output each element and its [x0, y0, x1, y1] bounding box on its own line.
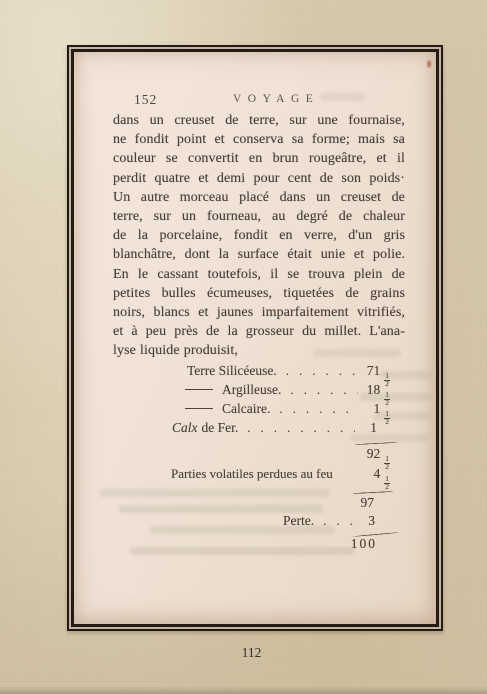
analysis-row-argillaceous: Argilleuse. ........ 18 12 — [74, 382, 390, 401]
row-value: 71 — [358, 363, 380, 379]
foxing-spot — [427, 60, 431, 68]
row-value: 4 — [358, 466, 380, 482]
subtotal-value: 92 — [367, 446, 381, 462]
body-paragraph: dans un creuset de terre, sur une fourna… — [113, 111, 405, 361]
sum-rule — [355, 442, 397, 445]
analysis-row-calx-of-iron: Calx de Fer. .......... 1 — [74, 420, 377, 439]
body-line: noirs, blancs et jaunes imparfaitement v… — [113, 303, 405, 322]
page-number: 152 — [134, 92, 157, 108]
body-line: dans un creuset de terre, sur une fourna… — [113, 111, 405, 130]
body-line: En le cassant toutefois, il se trouva pl… — [113, 265, 405, 284]
body-line: de la porcelaine, fondit en verre, d'un … — [113, 226, 405, 245]
scanned-page-frame: 152 VOYAGE dans un creuset de terre, sur… — [67, 45, 443, 631]
body-line: petites bulles écumeuses, tiquetées de g… — [113, 284, 405, 303]
dot-leader: .......... — [238, 420, 355, 436]
bottom-shadow — [0, 686, 487, 694]
analysis-row-siliceous: Terre Silicéeuse. ........ 71 12 — [74, 363, 390, 382]
body-line: ne fondit point et conserva sa forme; ma… — [113, 130, 405, 149]
volatiles-row: Parties volatiles perdues au feu 4 12 — [74, 466, 390, 485]
bleed-through-smudge — [373, 412, 431, 420]
body-line: blanchâtre, dont la surface était unie e… — [113, 245, 405, 264]
fraction-half: 12 — [384, 476, 390, 490]
bleed-through-smudge — [350, 434, 430, 442]
row-value: 3 — [353, 513, 375, 529]
bleed-through-smudge — [380, 371, 432, 379]
analysis-row-calcareous: Calcaire. ........ 1 12 — [74, 401, 390, 420]
ditto-dash — [185, 389, 213, 390]
row-label: Calcaire. — [222, 401, 270, 417]
body-line: perdit quatre et demi pour cent de son p… — [113, 169, 405, 188]
bleed-through-smudge — [360, 393, 432, 401]
subtotal2-value: 97 — [361, 495, 375, 511]
row-label: Parties volatiles perdues au feu — [171, 466, 333, 482]
bleed-through-smudge — [130, 547, 355, 555]
bleed-through-smudge — [118, 505, 323, 513]
figure-caption: 112 — [0, 645, 487, 661]
body-line: terre, sur un fourneau, au degré de chal… — [113, 207, 405, 226]
bleed-through-smudge — [313, 349, 401, 357]
ditto-dash — [185, 408, 213, 409]
row-label: Terre Silicéeuse. — [187, 363, 277, 379]
running-title: VOYAGE — [233, 93, 319, 105]
dot-leader: ........ — [281, 382, 358, 398]
dot-leader: ........ — [277, 363, 358, 379]
subtotal-row: 92 12 — [74, 446, 390, 467]
bleed-through-smudge — [150, 526, 335, 534]
book-page: 152 VOYAGE dans un creuset de terre, sur… — [71, 49, 439, 627]
row-label: de Fer. — [202, 420, 239, 436]
bleed-through-smudge — [320, 93, 365, 101]
body-line: Un autre morceau placé dans un creuset d… — [113, 188, 405, 207]
bleed-through-smudge — [100, 489, 330, 497]
row-label: Argilleuse. — [222, 382, 281, 398]
dot-leader: ........ — [270, 401, 358, 417]
row-label-italic: Calx — [172, 420, 198, 436]
sum-rule — [353, 491, 393, 494]
body-line: couleur se convertit en brun rougeâtre, … — [113, 149, 405, 168]
body-line: et à peu près de la grosseur du millet. … — [113, 322, 405, 341]
